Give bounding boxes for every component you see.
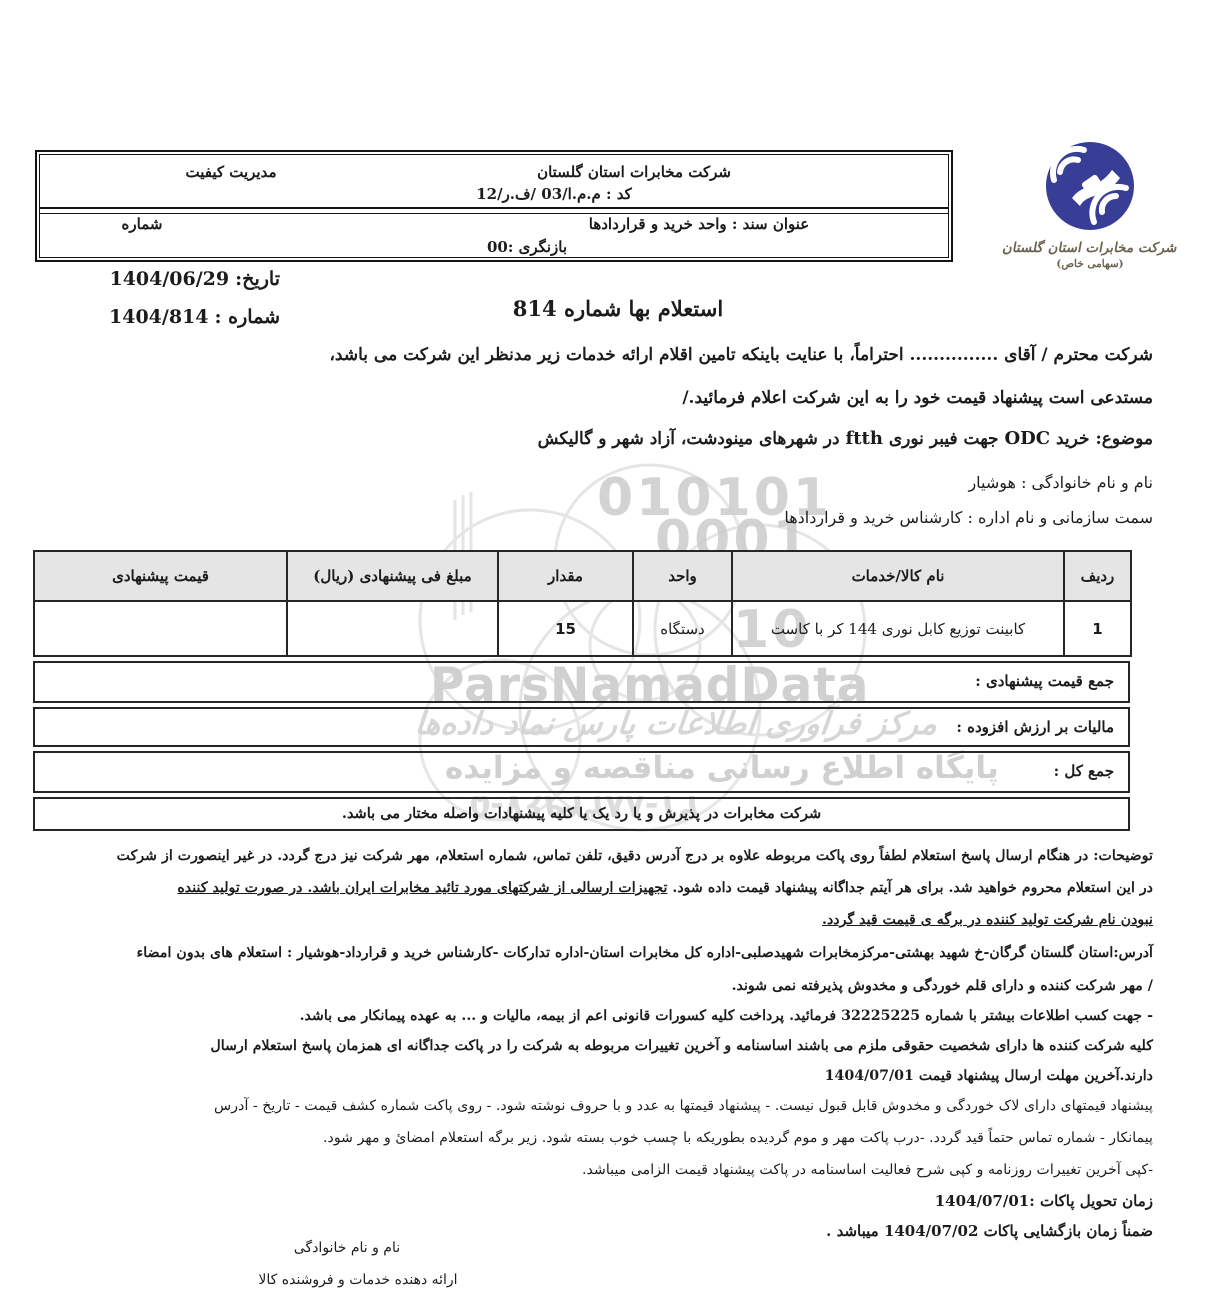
vat-row: مالیات بر ارزش افزوده : (33, 707, 1130, 747)
col-header-quantity: مقدار (498, 551, 633, 601)
logo-company-name: شرکت مخابرات استان گلستان (984, 240, 1197, 256)
header-document-title: عنوان سند : واحد خرید و قراردادها (589, 215, 810, 233)
header-box-divider (40, 207, 948, 214)
sum-proposed-price-row: جمع قیمت پیشنهادی : (33, 661, 1130, 703)
note-line-10: پیمانکار - شماره تماس حتماً قید گردد. -د… (323, 1130, 1153, 1146)
header-quality-management-label: مدیریت کیفیت (186, 163, 277, 181)
cell-proposed-price (34, 601, 287, 656)
note-line-3: نبودن نام شرکت تولید کننده در برگه ی قیم… (822, 912, 1153, 928)
note-phone-line: - جهت کسب اطلاعات بیشتر با شماره 3222522… (300, 1008, 1153, 1024)
number-label: شماره : (215, 306, 280, 328)
packet-opening-text-c: میباشد . (826, 1222, 884, 1240)
number-value: 1404/814 (109, 306, 208, 328)
cell-item-name: کابینت توزیع کابل نوری 144 کر با کاست (732, 601, 1064, 656)
subject-odc: ODC (1004, 428, 1050, 449)
date-label: تاریخ: (235, 268, 280, 290)
col-header-unit-price: مبلغ فی پیشنهادی (ریال) (287, 551, 498, 601)
col-header-item-name: نام کالا/خدمات (732, 551, 1064, 601)
cell-unit: دستگاه (633, 601, 732, 656)
subject-line: موضوع: خرید ODC جهت فیبر نوری ftth در شه… (538, 428, 1153, 449)
header-document-code: کد : م.م.ا/03 /ف.ر/12 (476, 185, 632, 203)
note-line-7: کلیه شرکت کننده ها دارای شخصیت حقوقی ملز… (210, 1038, 1153, 1054)
grand-total-row: جمع کل : (33, 751, 1130, 793)
contact-position-line: سمت سازمانی و نام اداره : کارشناس خرید و… (784, 508, 1153, 527)
cell-row-number: 1 (1064, 601, 1131, 656)
table-row: 1 کابینت توزیع کابل نوری 144 کر با کاست … (34, 601, 1131, 656)
items-table-header-row: ردیف نام کالا/خدمات واحد مقدار مبلغ فی پ… (34, 551, 1131, 601)
header-company-name: شرکت مخابرات استان گلستان (537, 163, 731, 181)
date-line: تاریخ: 1404/06/29 (109, 268, 280, 290)
cell-quantity: 15 (498, 601, 633, 656)
tci-globe-logo-icon (1042, 138, 1138, 234)
col-header-proposed-price: قیمت پیشنهادی (34, 551, 287, 601)
company-logo-block: شرکت مخابرات استان گلستان (سهامی خاص) (985, 138, 1195, 278)
note-line-1: توضیحات: در هنگام ارسال پاسخ استعلام لطف… (117, 848, 1153, 864)
packet-delivery-date: 1404/07/01 (935, 1192, 1029, 1210)
note-line-2: در این استعلام محروم خواهید شد. برای هر … (177, 880, 1153, 896)
number-line: شماره : 1404/814 (109, 306, 280, 328)
page-title: استعلام بها شماره 814 (513, 296, 723, 321)
document-header-box-inner: شرکت مخابرات استان گلستان مدیریت کیفیت ک… (39, 154, 949, 258)
signature-name-label: نام و نام خانوادگی (294, 1240, 400, 1256)
note-line-5: / مهر شرکت کننده و دارای قلم خوردگی و مخ… (732, 978, 1153, 994)
date-value: 1404/06/29 (109, 268, 229, 290)
subject-ftth: ftth (845, 428, 882, 449)
header-revision-label: بازنگری :00 (487, 238, 567, 256)
document-header-box: شرکت مخابرات استان گلستان مدیریت کیفیت ک… (35, 150, 953, 262)
note-line-11: -کپی آخرین تغییرات روزنامه و کپی شرح فعا… (582, 1162, 1153, 1178)
subject-text-c: جهت فیبر نوری (883, 429, 1005, 449)
contact-name-line: نام و نام خانوادگی : هوشیار (968, 473, 1153, 492)
col-header-unit: واحد (633, 551, 732, 601)
body-line-2: مستدعی است پیشنهاد قیمت خود را به این شر… (682, 388, 1153, 408)
table-footer-note-row: شرکت مخابرات در پذیرش و یا رد یک یا کلیه… (33, 797, 1130, 831)
packet-opening-line: ضمناً زمان بازگشایی پاکات 1404/07/02 میب… (826, 1222, 1153, 1240)
subject-text-e: در شهرهای مینودشت، آزاد شهر و گالیکش (538, 429, 846, 449)
note-line-2-emphasis: تجهیزات ارسالی از شرکتهای مورد تائید مخا… (177, 880, 667, 896)
packet-opening-text-a: ضمناً زمان بازگشایی پاکات (978, 1222, 1153, 1240)
logo-company-type: (سهامی خاص) (985, 258, 1195, 270)
packet-opening-date: 1404/07/02 (884, 1222, 978, 1240)
note-deadline-line: دارند.آخرین مهلت ارسال پیشنهاد قیمت 1404… (825, 1068, 1153, 1084)
subject-text-a: موضوع: خرید (1050, 429, 1153, 449)
header-number-label: شماره (122, 215, 163, 233)
packet-delivery-line: زمان تحویل پاکات :1404/07/01 (935, 1192, 1153, 1210)
note-address-line: آدرس:استان گلستان گرگان-خ شهید بهشتی-مرک… (137, 945, 1153, 961)
note-line-2-text: در این استعلام محروم خواهید شد. برای هر … (667, 880, 1153, 896)
packet-delivery-label: زمان تحویل پاکات : (1029, 1192, 1153, 1210)
items-table: ردیف نام کالا/خدمات واحد مقدار مبلغ فی پ… (33, 550, 1132, 657)
col-header-row-number: ردیف (1064, 551, 1131, 601)
inquiry-document-page: 010101 0001 10 10 ParsNamadData مرکز فرآ… (0, 0, 1205, 1297)
body-line-1: شرکت محترم / آقای ............... احترام… (329, 345, 1153, 365)
cell-unit-price (287, 601, 498, 656)
signature-role-label: ارائه دهنده خدمات و فروشنده کالا (258, 1272, 457, 1288)
note-line-9: پیشنهاد قیمتهای دارای لاک خوردگی و مخدوش… (214, 1098, 1153, 1114)
